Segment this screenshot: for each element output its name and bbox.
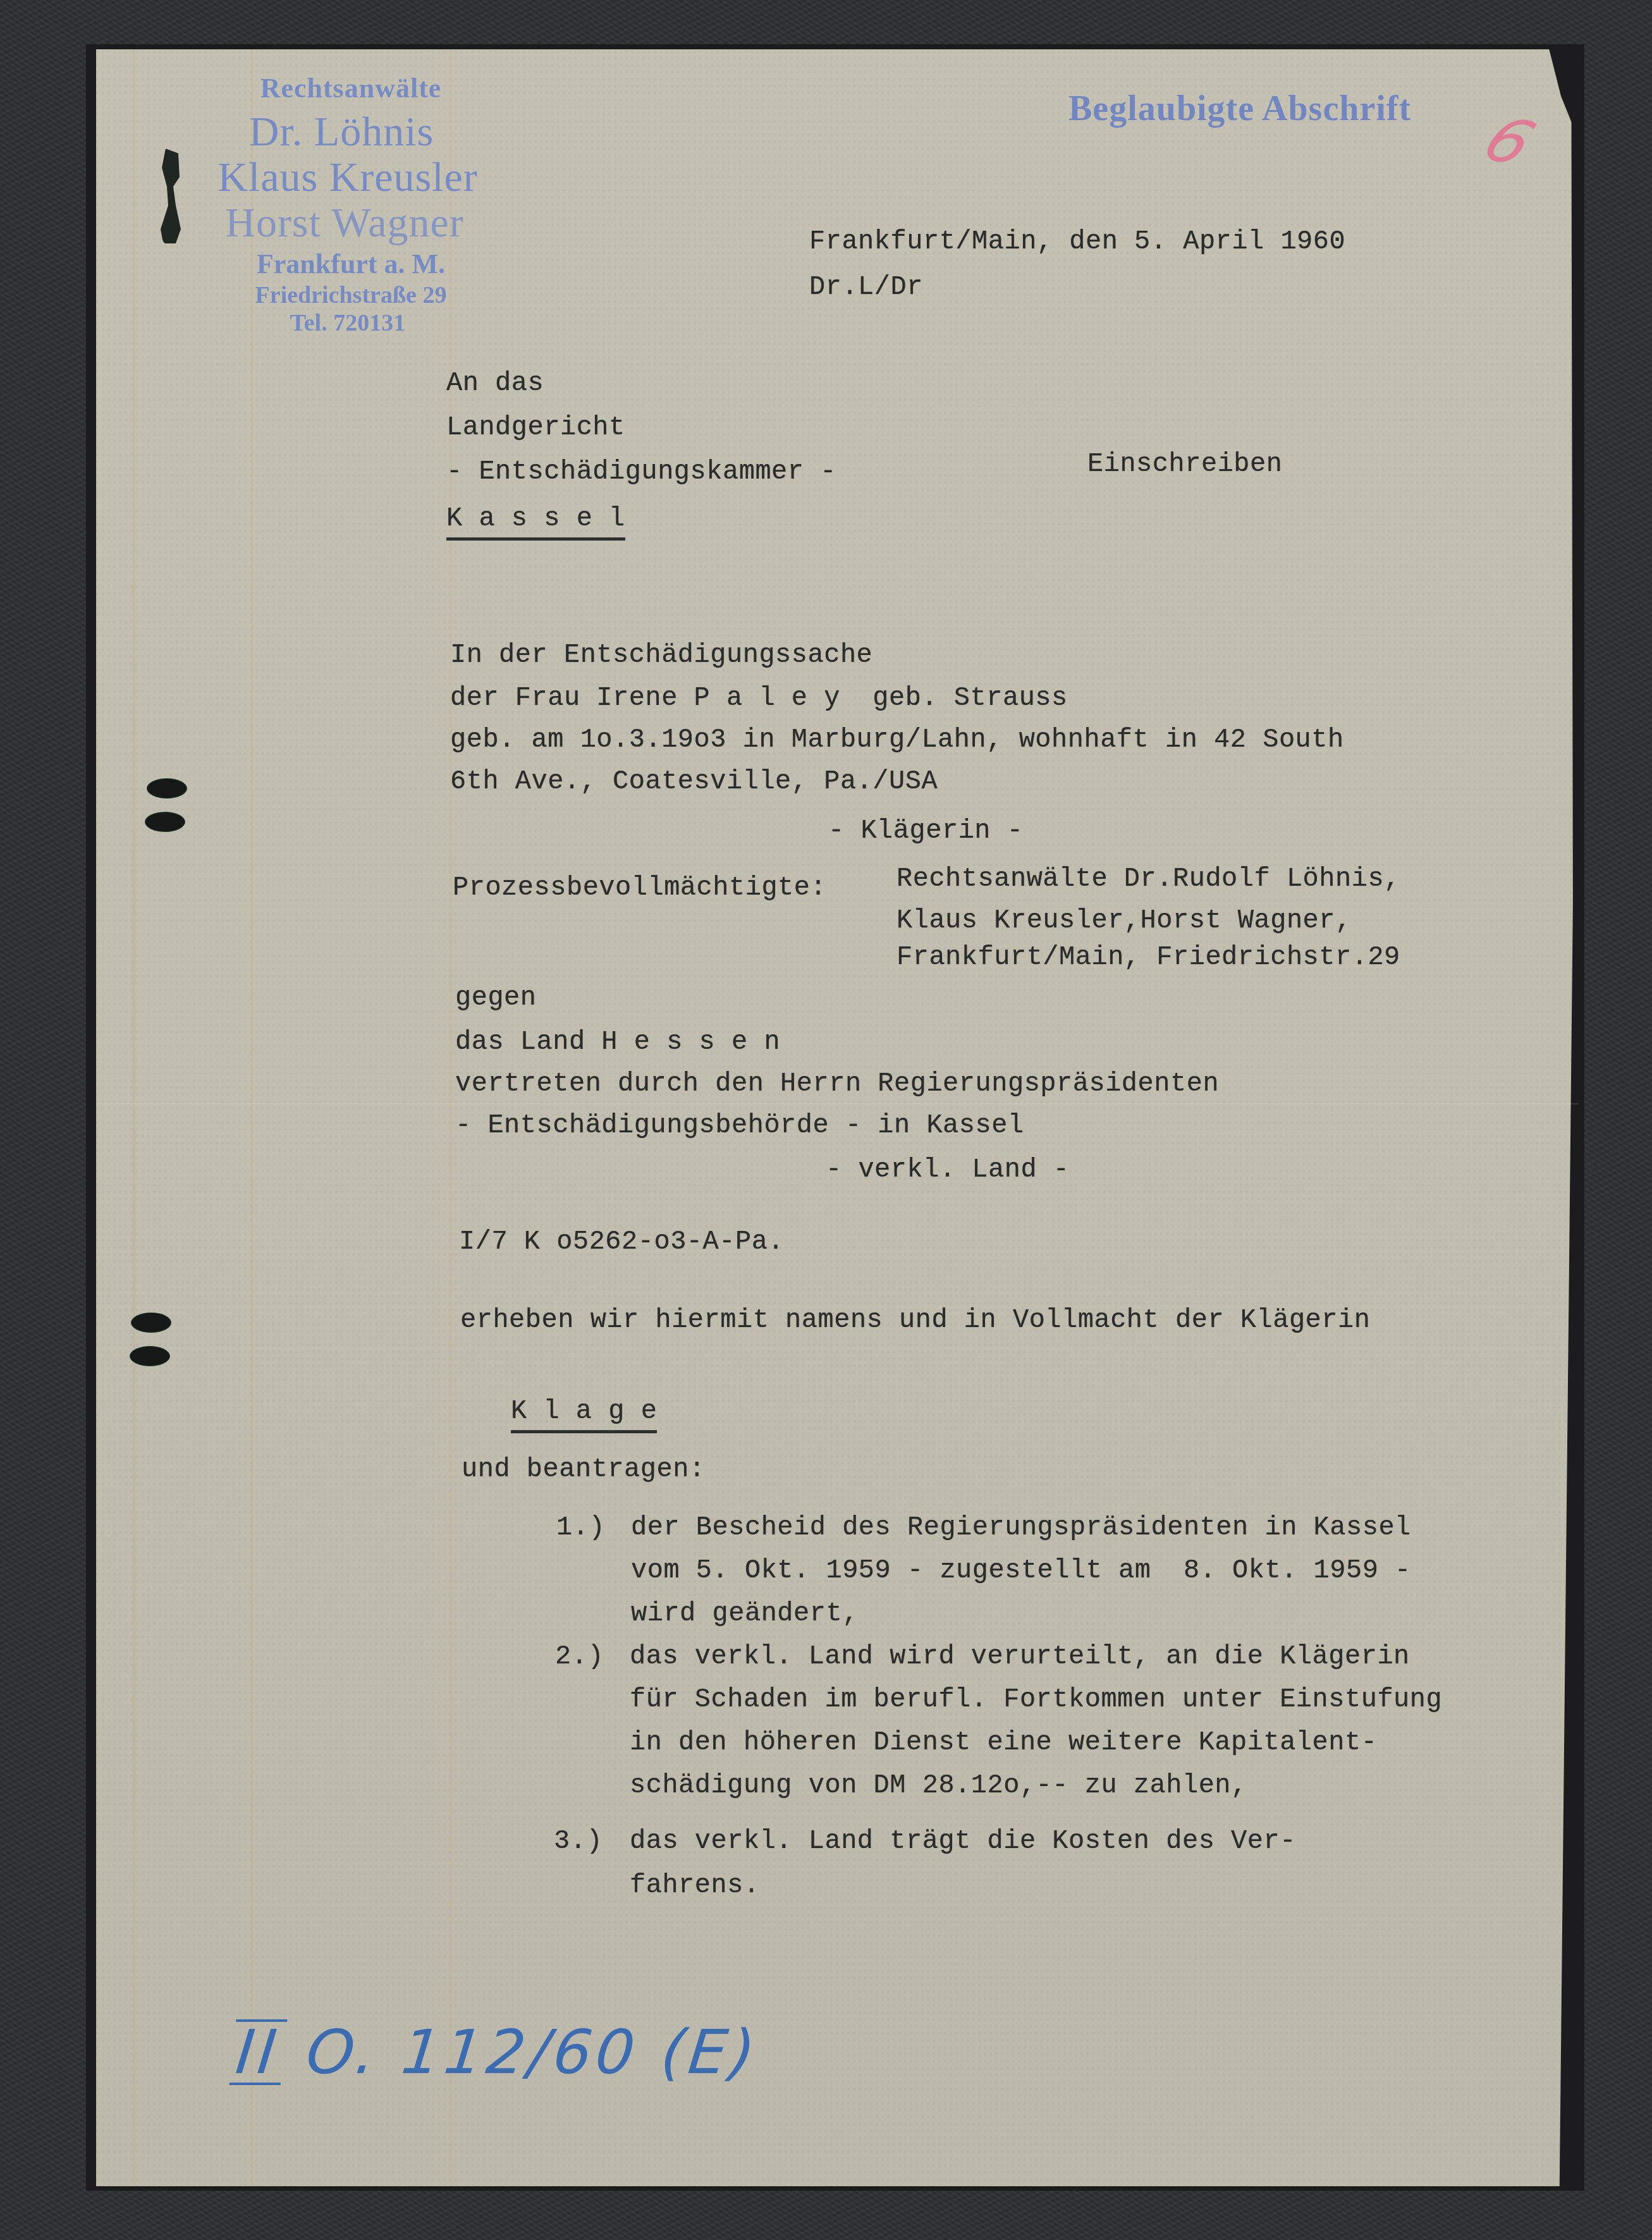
recipient-city: K a s s e l [446,503,625,541]
handwritten-case-number: O. 112/60 (E) [303,2017,762,2088]
request-1-line-2: vom 5. Okt. 1959 - zugestellt am 8. Okt.… [631,1555,1411,1586]
request-2-line-1: das verkl. Land wird verurteilt, an die … [630,1641,1410,1672]
document-title: K l a g e [511,1396,657,1433]
request-1-line-1: der Bescheid des Regierungspräsidenten i… [631,1512,1411,1543]
delivery-note: Einschreiben [1087,449,1282,479]
recipient-line-1: An das [446,368,544,398]
request-3-line-2: fahrens. [630,1870,760,1900]
punch-hole-icon [132,1313,171,1332]
stamp-name-3: Horst Wagner [152,202,537,244]
plaintiff-name: der Frau Irene P a l e y geb. Strauss [450,683,1068,713]
stamp-heading: Rechtsanwälte [164,75,537,102]
recipient-line-2: Landgericht [446,412,625,443]
recipient-line-3: - Entschädigungskammer - [446,456,836,487]
plaintiff-address: 6th Ave., Coatesville, Pa./USA [450,766,938,797]
certified-copy-stamp: Beglaubigte Abschrift [1068,89,1411,129]
against-label: gegen [455,982,537,1013]
handwritten-file-number: II O. 112/60 (E) [229,2017,762,2088]
defendant-line-1: das Land H e s s e n [455,1027,780,1057]
counsel-line-1: Rechtsanwälte Dr.Rudolf Löhnis, [896,864,1400,894]
statement: erheben wir hiermit namens und in Vollma… [460,1305,1370,1335]
case-intro: In der Entschädigungssache [450,640,872,670]
stamp-city: Frankfurt a. M. [164,250,537,278]
defendant-role: - verkl. Land - [826,1154,1070,1185]
request-1-number: 1.) [556,1512,605,1543]
file-number: I/7 K o5262-o3-A-Pa. [459,1227,784,1257]
paper-fold-line [96,1103,1579,1105]
request-2-line-2: für Schaden im berufl. Fortkommen unter … [630,1684,1442,1715]
request-2-line-3: in den höheren Dienst eine weitere Kapit… [630,1727,1377,1758]
request-3-line-1: das verkl. Land trägt die Kosten des Ver… [630,1826,1296,1856]
request-1-line-3: wird geändert, [631,1598,859,1629]
stamp-name-2: Klaus Kreusler [158,157,537,199]
punch-hole-icon [145,812,185,831]
plaintiff-birth: geb. am 1o.3.19o3 in Marburg/Lahn, wohnh… [450,725,1344,755]
request-2-line-4: schädigung von DM 28.12o,-- zu zahlen, [630,1770,1247,1801]
reference-code: Dr.L/Dr [809,272,923,302]
counsel-line-2: Klaus Kreusler,Horst Wagner, [896,905,1352,936]
defendant-line-3: - Entschädigungsbehörde - in Kassel [455,1110,1024,1141]
counsel-line-3: Frankfurt/Main, Friedrichstr.29 [896,942,1400,972]
place-date: Frankfurt/Main, den 5. April 1960 [809,226,1345,257]
stamp-name-1: Dr. Löhnis [145,111,537,153]
request-intro: und beantragen: [462,1454,706,1484]
request-2-number: 2.) [555,1641,604,1672]
punch-hole-icon [147,779,187,798]
plaintiff-role: - Klägerin - [828,816,1023,846]
counsel-label: Prozessbevollmächtigte: [453,872,826,903]
request-3-number: 3.) [554,1826,603,1856]
handwritten-roman-numeral: II [229,2019,288,2085]
defendant-line-2: vertreten durch den Herrn Regierungspräs… [455,1068,1219,1099]
punch-hole-icon [130,1347,169,1366]
stamp-phone: Tel. 720131 [158,311,537,335]
stamp-street: Friedrichstraße 29 [164,283,537,307]
law-firm-stamp: Rechtsanwälte Dr. Löhnis Klaus Kreusler … [139,75,537,335]
